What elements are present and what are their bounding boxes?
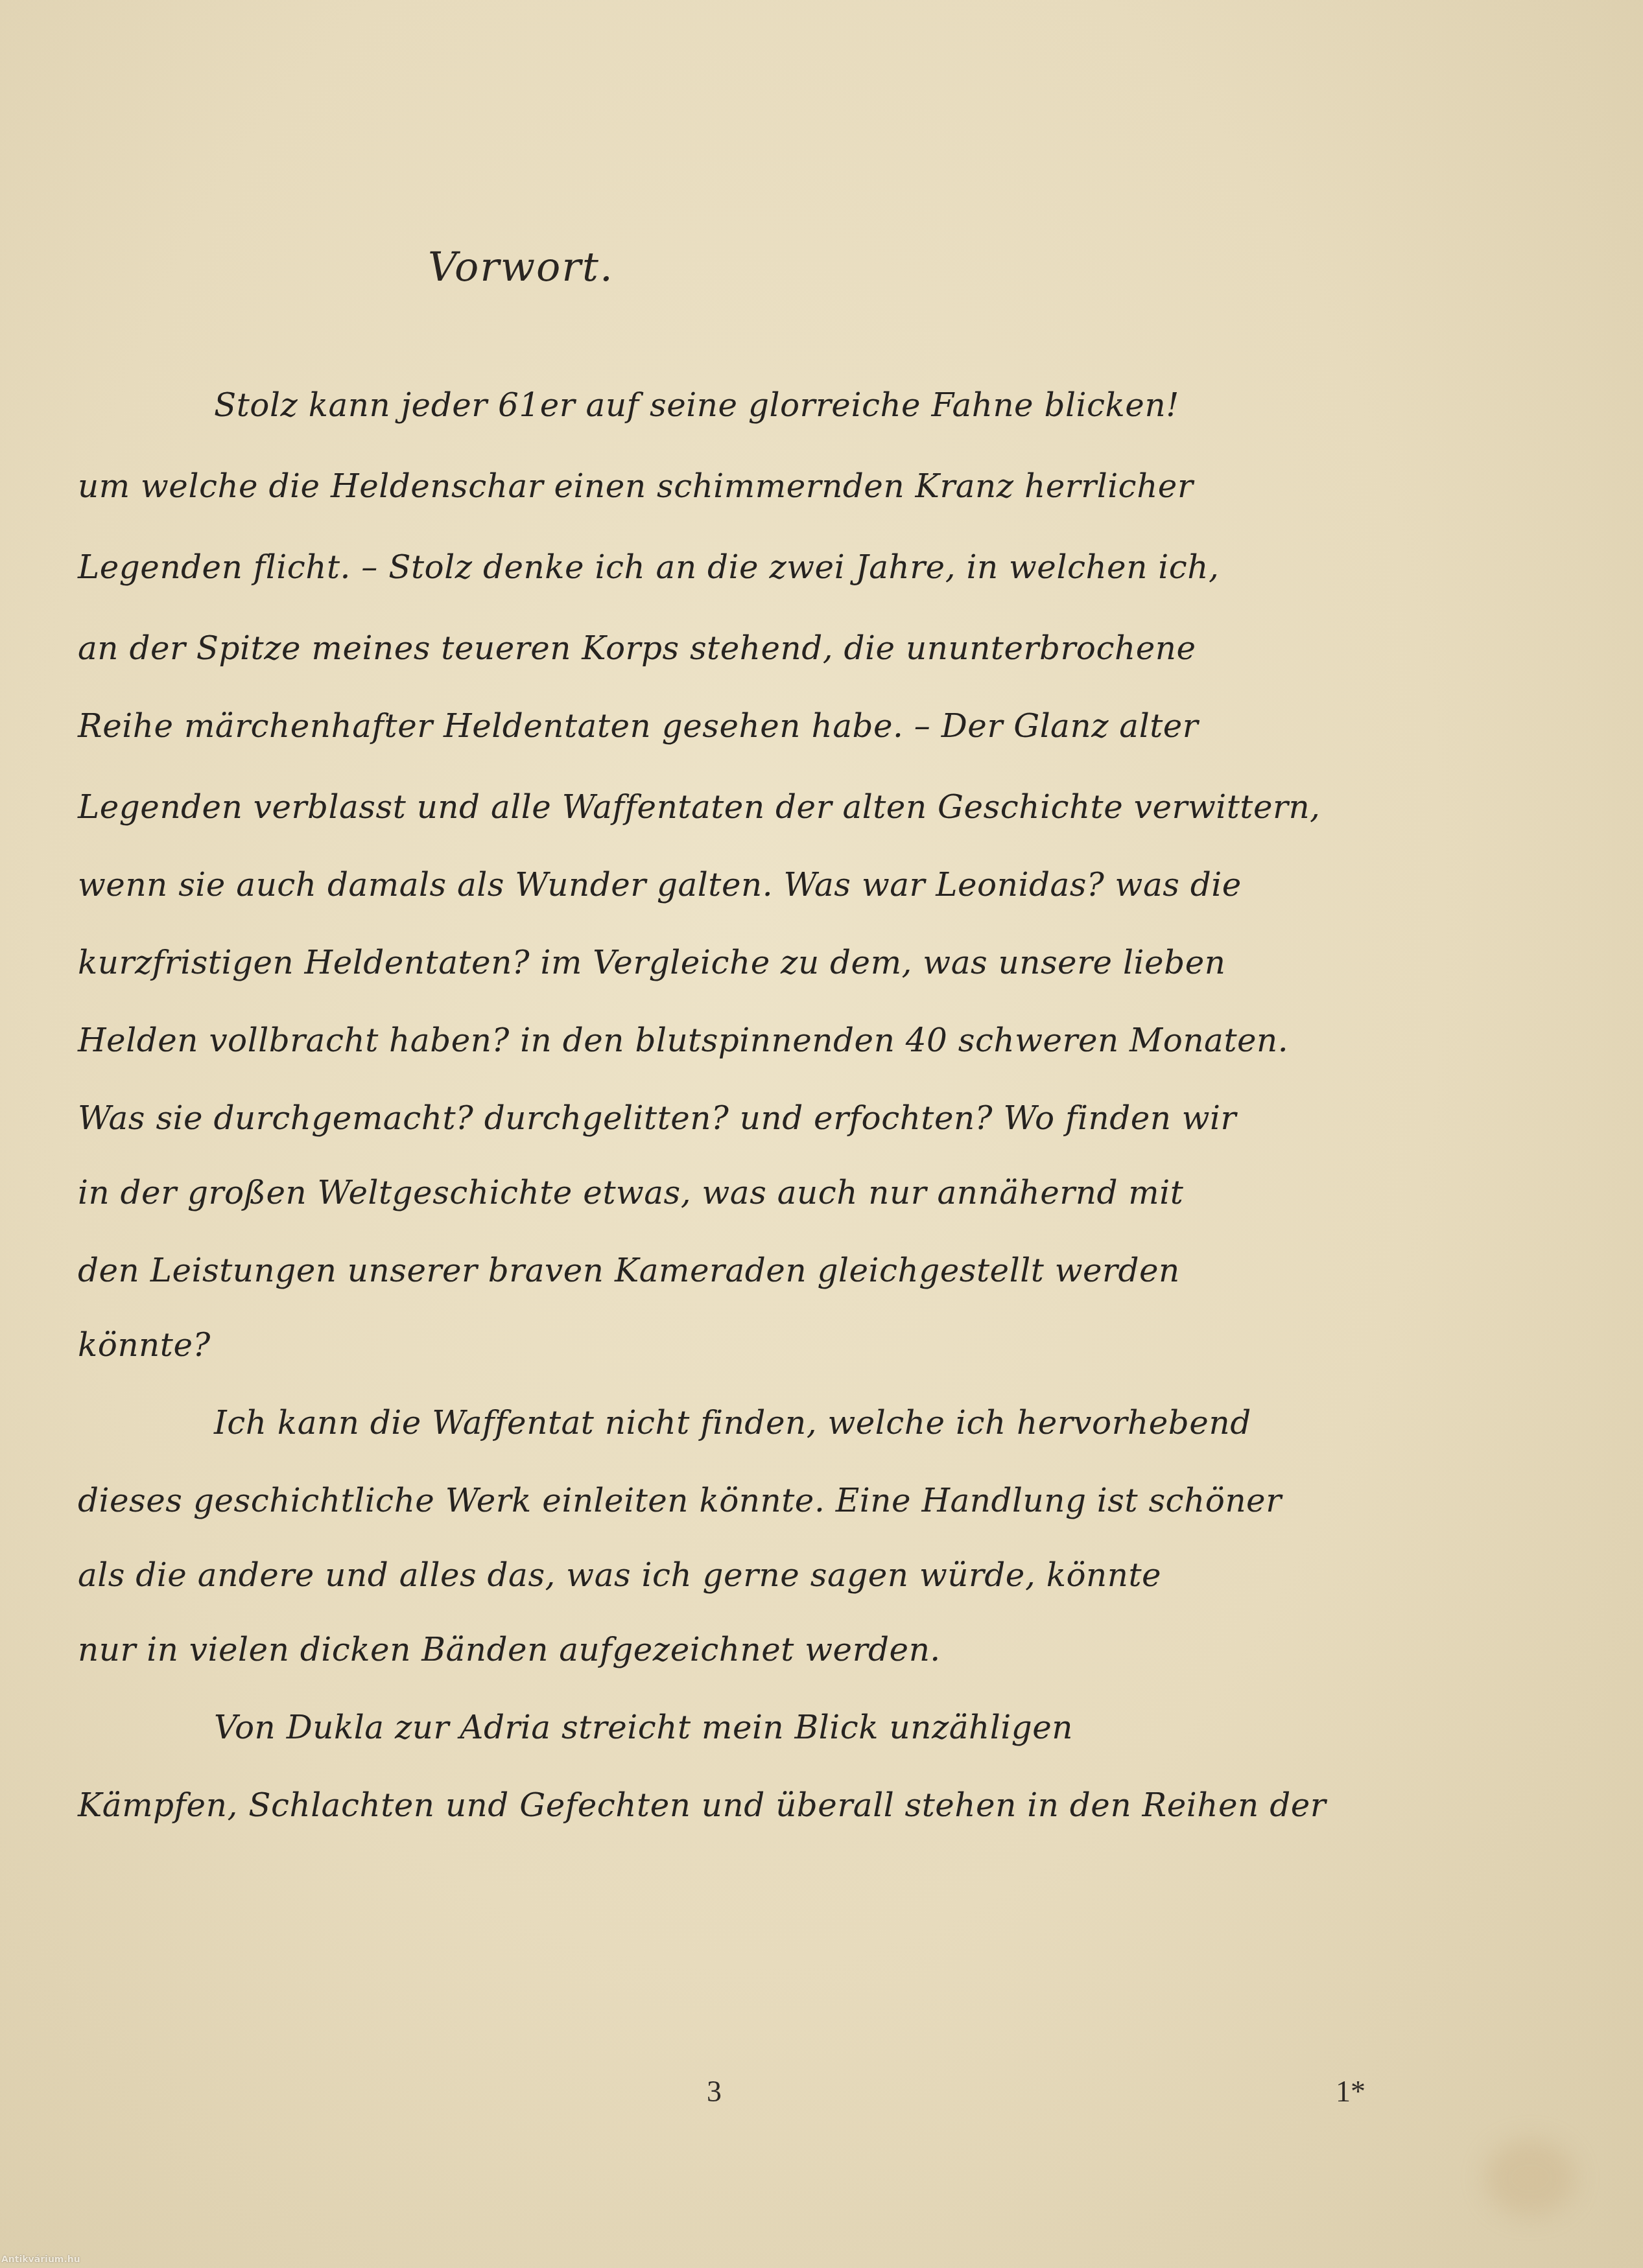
watermark: Antikvárium.hu [1, 2254, 80, 2265]
manuscript-page: Vorwort. Stolz kann jeder 61er auf seine… [0, 0, 1643, 2268]
text-line: Was sie durchgemacht? durchgelitten? und… [78, 1102, 1426, 1134]
text-line: Ich kann die Waffentat nicht finden, wel… [214, 1407, 1426, 1439]
text-line: Kämpfen, Schlachten und Gefechten und üb… [78, 1789, 1426, 1821]
text-line: Helden vollbracht haben? in den blutspin… [78, 1024, 1426, 1057]
text-line: kurzfristigen Heldentaten? im Vergleiche… [78, 946, 1426, 979]
text-line: Reihe märchenhafter Heldentaten gesehen … [78, 710, 1426, 742]
text-line: Stolz kann jeder 61er auf seine glorreic… [214, 389, 1426, 421]
text-line: in der großen Weltgeschichte etwas, was … [78, 1176, 1426, 1209]
signature-mark: 1* [1336, 2074, 1365, 2109]
text-line: dieses geschichtliche Werk einleiten kön… [78, 1484, 1426, 1517]
text-line: als die andere und alles das, was ich ge… [78, 1559, 1426, 1591]
text-line: Legenden flicht. – Stolz denke ich an di… [78, 551, 1426, 583]
text-line: nur in vielen dicken Bänden aufgezeichne… [78, 1633, 1426, 1666]
text-line: wenn sie auch damals als Wunder galten. … [78, 869, 1426, 901]
text-line: den Leistungen unserer braven Kameraden … [78, 1254, 1426, 1287]
text-line: um welche die Heldenschar einen schimmer… [78, 470, 1426, 502]
page-heading: Vorwort. [428, 243, 614, 290]
text-line: könnte? [78, 1329, 1426, 1361]
text-line: an der Spitze meines teueren Korps stehe… [78, 632, 1426, 664]
paper-stain [1485, 2139, 1576, 2217]
page-number: 3 [707, 2074, 722, 2109]
text-line: Legenden verblasst und alle Waffentaten … [78, 791, 1426, 823]
text-line: Von Dukla zur Adria streicht mein Blick … [214, 1711, 1426, 1744]
